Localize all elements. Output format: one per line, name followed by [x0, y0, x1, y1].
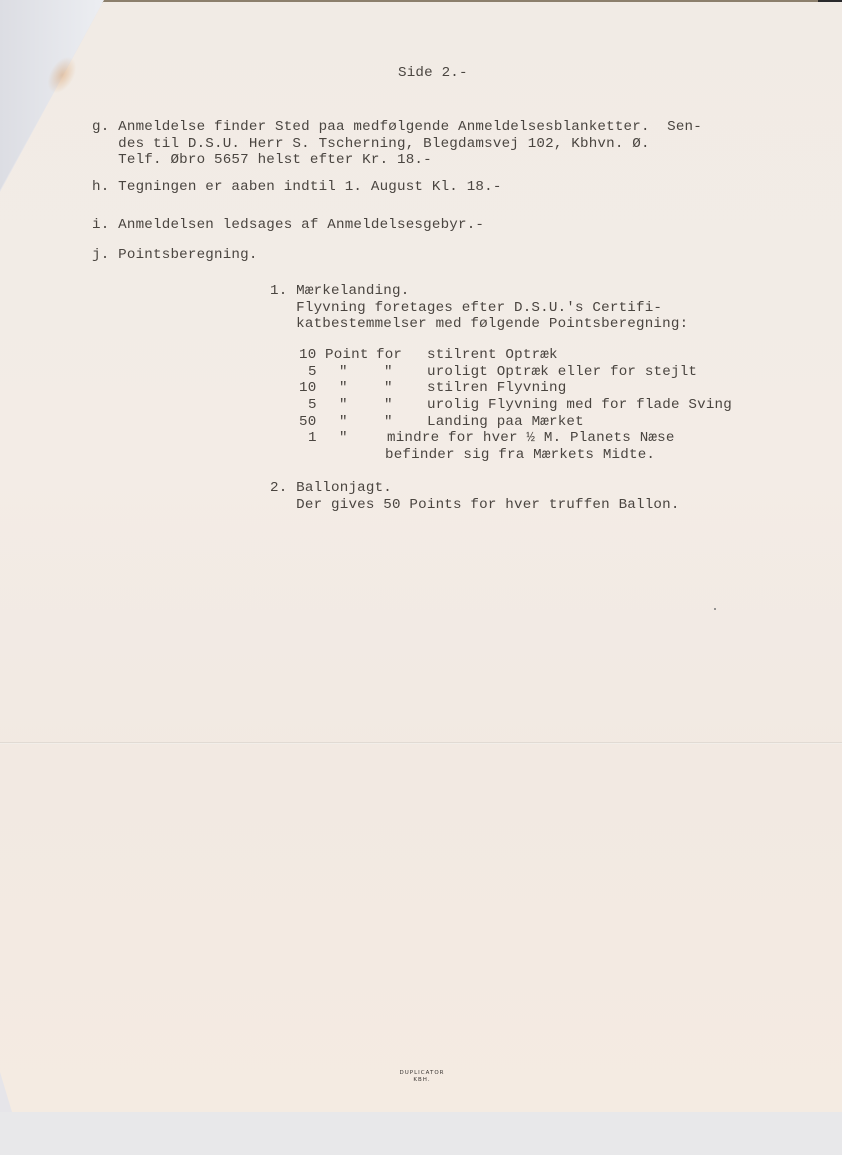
points-value: 5 — [308, 397, 317, 414]
item-line: Tegningen er aaben indtil 1. August Kl. … — [118, 179, 501, 195]
ditto-mark: " — [384, 397, 393, 414]
sub-item-ballonjagt: 2. Ballonjagt. Der gives 50 Points for h… — [270, 480, 680, 513]
points-description: urolig Flyvning med for flade Sving — [427, 397, 732, 414]
paper-fold — [0, 742, 842, 744]
sub-item-title: Mærkelanding. — [296, 283, 409, 299]
ditto-mark: " — [339, 380, 348, 397]
ditto-mark: " — [339, 364, 348, 381]
item-g: g. Anmeldelse finder Sted paa medfølgend… — [92, 119, 702, 169]
points-value: 10 — [299, 347, 316, 364]
sub-item-marker: 1. — [270, 283, 287, 299]
points-value: 10 — [299, 380, 316, 397]
item-h: h. Tegningen er aaben indtil 1. August K… — [92, 179, 502, 196]
sub-item-title: Ballonjagt. — [296, 480, 392, 496]
sub-item-marker: 2. — [270, 480, 287, 496]
page-header: Side 2.- — [398, 65, 468, 82]
ditto-mark: " — [384, 380, 393, 397]
points-value: 50 — [299, 414, 316, 431]
item-line: Anmeldelse finder Sted paa medfølgende A… — [118, 119, 702, 135]
ditto-mark: " — [339, 397, 348, 414]
duplicator-stamp: DUPLICATOR KBH. — [387, 1070, 457, 1084]
item-line: Pointsberegning. — [118, 247, 257, 263]
document-page: Side 2.- g. Anmeldelse finder Sted paa m… — [0, 2, 842, 1112]
item-i: i. Anmeldelsen ledsages af Anmeldelsesge… — [92, 217, 484, 234]
points-for: for — [376, 347, 402, 364]
points-description: uroligt Optræk eller for stejlt — [427, 364, 697, 381]
points-description: stilren Flyvning — [427, 380, 566, 397]
item-line: des til D.S.U. Herr S. Tscherning, Blegd… — [118, 136, 650, 152]
item-marker: g. — [92, 119, 109, 135]
sub-item-line: katbestemmelser med følgende Pointsbereg… — [296, 316, 688, 332]
item-line: Telf. Øbro 5657 helst efter Kr. 18.- — [118, 152, 432, 168]
stamp-line: KBH. — [387, 1077, 457, 1084]
sub-item-line: Flyvning foretages efter D.S.U.'s Certif… — [296, 300, 662, 316]
scan-background — [0, 1112, 842, 1155]
ditto-mark: " — [339, 414, 348, 431]
points-description: mindre for hver ½ M. Planets Næse — [387, 430, 675, 447]
item-j: j. Pointsberegning. — [92, 247, 258, 264]
sub-item-line: Der gives 50 Points for hver truffen Bal… — [296, 497, 679, 513]
points-value: 5 — [308, 364, 317, 381]
points-description: befinder sig fra Mærkets Midte. — [385, 447, 655, 464]
item-marker: j. — [92, 247, 109, 263]
item-line: Anmeldelsen ledsages af Anmeldelsesgebyr… — [118, 217, 484, 233]
item-marker: h. — [92, 179, 109, 195]
item-marker: i. — [92, 217, 109, 233]
sub-item-maerkelanding: 1. Mærkelanding. Flyvning foretages efte… — [270, 283, 688, 333]
stamp-line: DUPLICATOR — [387, 1070, 457, 1077]
ditto-mark: " — [384, 414, 393, 431]
points-value: 1 — [308, 430, 317, 447]
ditto-mark: " — [384, 364, 393, 381]
ditto-mark: " — [339, 430, 348, 447]
points-description: Landing paa Mærket — [427, 414, 584, 431]
paper-speck — [714, 608, 716, 610]
points-description: stilrent Optræk — [427, 347, 558, 364]
points-unit: Point — [325, 347, 369, 364]
